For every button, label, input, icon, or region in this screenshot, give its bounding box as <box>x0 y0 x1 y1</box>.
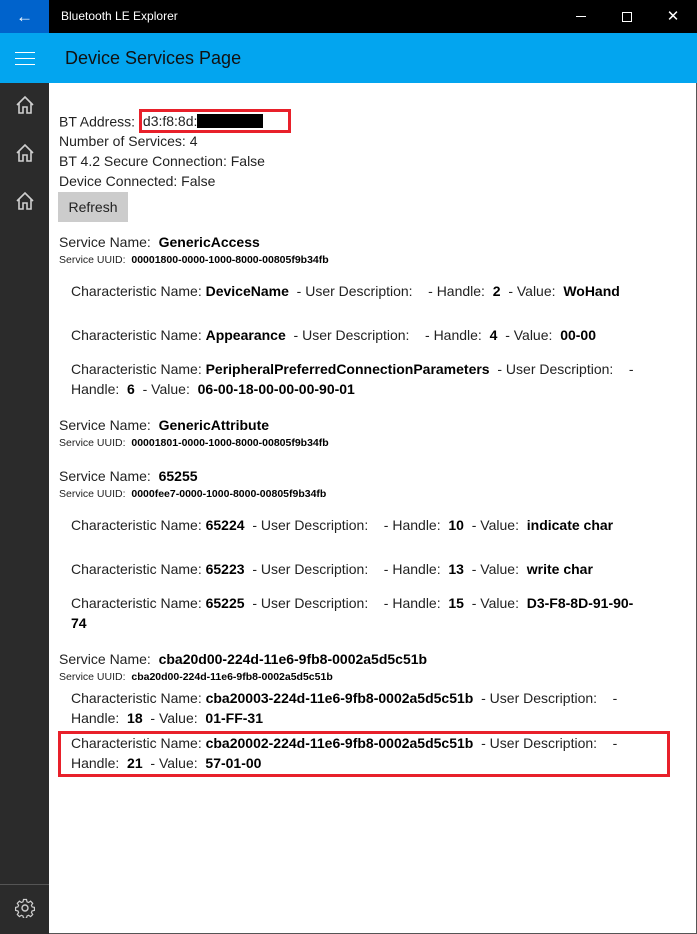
service-name: cba20d00-224d-11e6-9fb8-0002a5d5c51b <box>159 651 428 667</box>
characteristic-value: 57-01-00 <box>205 755 261 771</box>
characteristic-value: write char <box>527 561 593 577</box>
app-title: Bluetooth LE Explorer <box>61 0 178 33</box>
content-area: BT Address: d3:f8:8d: Number of Services… <box>49 83 697 934</box>
characteristic-value: 00-00 <box>560 327 596 343</box>
characteristic-value: indicate char <box>527 517 613 533</box>
characteristic-handle: 10 <box>448 517 464 533</box>
characteristic-handle: 2 <box>493 283 501 299</box>
characteristic-item-highlighted[interactable]: Characteristic Name: cba20002-224d-11e6-… <box>71 733 671 773</box>
service-name-row: Service Name: GenericAttribute <box>59 417 269 433</box>
secure-connection-status: BT 4.2 Secure Connection: False <box>59 153 265 169</box>
characteristic-item[interactable]: Characteristic Name: PeripheralPreferred… <box>71 359 671 399</box>
minimize-button[interactable] <box>558 0 604 33</box>
gear-icon <box>15 898 35 918</box>
redacted-block <box>197 114 263 128</box>
service-name: GenericAccess <box>159 234 260 250</box>
characteristic-handle: 21 <box>127 755 143 771</box>
characteristic-item[interactable]: Characteristic Name: DeviceName - User D… <box>71 281 671 301</box>
side-navigation <box>0 83 49 934</box>
refresh-button[interactable]: Refresh <box>58 192 128 222</box>
maximize-button[interactable] <box>604 0 650 33</box>
characteristic-handle: 18 <box>127 710 143 726</box>
characteristic-name: cba20002-224d-11e6-9fb8-0002a5d5c51b <box>206 735 474 751</box>
service-uuid-row: Service UUID: 0000fee7-0000-1000-8000-00… <box>59 488 326 500</box>
service-name-row: Service Name: cba20d00-224d-11e6-9fb8-00… <box>59 651 427 667</box>
service-uuid: cba20d00-224d-11e6-9fb8-0002a5d5c51b <box>131 671 332 683</box>
nav-item-home-3[interactable] <box>0 179 49 223</box>
nav-divider <box>0 884 49 885</box>
nav-item-home-1[interactable] <box>0 83 49 127</box>
characteristic-value: 06-00-18-00-00-00-90-01 <box>198 381 355 397</box>
characteristic-name: PeripheralPreferredConnectionParameters <box>206 361 490 377</box>
service-uuid: 00001800-0000-1000-8000-00805f9b34fb <box>131 254 328 266</box>
service-uuid-row: Service UUID: 00001801-0000-1000-8000-00… <box>59 437 329 449</box>
characteristic-name: 65223 <box>206 561 245 577</box>
hamburger-icon <box>15 52 35 53</box>
back-button[interactable]: ← <box>0 0 49 33</box>
service-uuid: 00001801-0000-1000-8000-00805f9b34fb <box>131 437 328 449</box>
service-uuid-row: Service UUID: 00001800-0000-1000-8000-00… <box>59 254 329 266</box>
header-bar: Device Services Page <box>0 33 697 83</box>
page-title: Device Services Page <box>65 33 241 83</box>
characteristic-name: cba20003-224d-11e6-9fb8-0002a5d5c51b <box>206 690 474 706</box>
close-icon: ✕ <box>667 9 680 24</box>
characteristic-handle: 4 <box>490 327 498 343</box>
minimize-icon <box>576 16 586 17</box>
characteristic-handle: 15 <box>448 595 464 611</box>
home-icon <box>15 143 35 163</box>
characteristic-name: 65224 <box>206 517 245 533</box>
services-count: Number of Services: 4 <box>59 133 198 149</box>
home-icon <box>15 95 35 115</box>
service-uuid-row: Service UUID: cba20d00-224d-11e6-9fb8-00… <box>59 671 333 683</box>
device-connected-status: Device Connected: False <box>59 173 215 189</box>
nav-item-home-2[interactable] <box>0 131 49 175</box>
characteristic-handle: 13 <box>448 561 464 577</box>
characteristic-value: 01-FF-31 <box>205 710 263 726</box>
hamburger-menu-button[interactable] <box>0 33 49 83</box>
characteristic-value: WoHand <box>563 283 620 299</box>
bt-address-row: BT Address: d3:f8:8d: <box>59 111 291 135</box>
characteristic-item[interactable]: Characteristic Name: cba20003-224d-11e6-… <box>71 688 671 728</box>
characteristic-item[interactable]: Characteristic Name: Appearance - User D… <box>71 325 671 345</box>
characteristic-name: Appearance <box>206 327 286 343</box>
home-icon <box>15 191 35 211</box>
close-button[interactable]: ✕ <box>650 0 696 33</box>
characteristic-name: DeviceName <box>206 283 289 299</box>
settings-button[interactable] <box>0 886 49 930</box>
service-name: 65255 <box>159 468 198 484</box>
characteristic-item[interactable]: Characteristic Name: 65224 - User Descri… <box>71 515 671 535</box>
characteristic-item[interactable]: Characteristic Name: 65223 - User Descri… <box>71 559 671 579</box>
characteristic-item[interactable]: Characteristic Name: 65225 - User Descri… <box>71 593 641 633</box>
service-uuid: 0000fee7-0000-1000-8000-00805f9b34fb <box>131 488 326 500</box>
service-name: GenericAttribute <box>159 417 269 433</box>
characteristic-name: 65225 <box>206 595 245 611</box>
maximize-icon <box>622 12 632 22</box>
bt-address-label: BT Address: <box>59 114 135 130</box>
bt-address-value: d3:f8:8d: <box>143 112 198 130</box>
service-name-row: Service Name: GenericAccess <box>59 234 260 250</box>
title-bar: ← Bluetooth LE Explorer ✕ <box>0 0 697 33</box>
service-name-row: Service Name: 65255 <box>59 468 198 484</box>
bt-address-annotation: d3:f8:8d: <box>139 109 291 133</box>
arrow-left-icon: ← <box>16 7 33 27</box>
characteristic-handle: 6 <box>127 381 135 397</box>
